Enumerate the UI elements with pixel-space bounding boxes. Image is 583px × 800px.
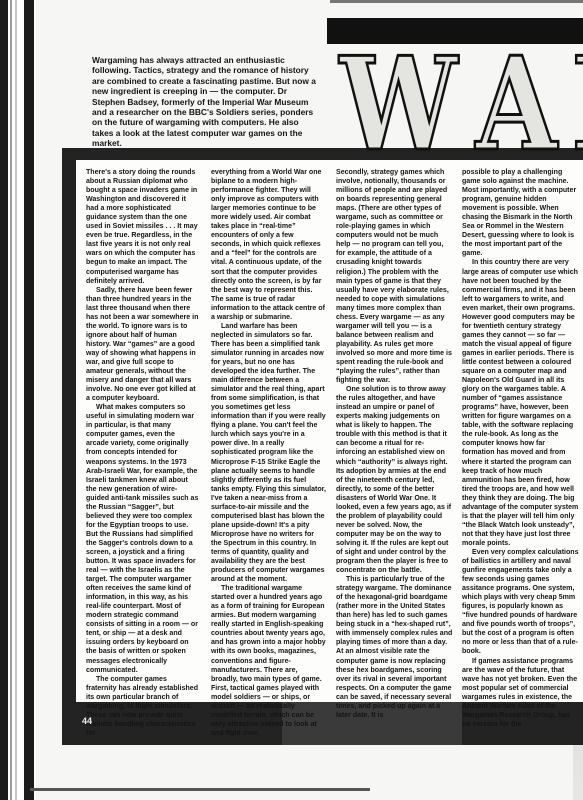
paragraph: Even very complex calculations of ballis… [462,548,579,657]
page-number: 44 [82,716,92,726]
article-title-war: W A R [327,40,583,165]
paragraph: If games assistance programs are the wav… [462,657,579,729]
article-column-2: everything from a World War one biplane … [211,168,326,738]
paragraph: The computer games fraternity has alread… [86,675,199,738]
paragraph: Land warfare has been neglected in simul… [211,322,326,584]
page-binding-edge [0,0,36,800]
paragraph: What makes computers so useful in simula… [86,403,199,674]
title-letter-w: W [340,45,455,165]
page-top-edge [330,0,583,3]
paragraph: everything from a World War one biplane … [211,168,326,322]
binding-line [0,0,8,800]
title-letter-r: R [571,45,583,165]
article-column-1: There's a story doing the rounds about a… [86,168,199,738]
page-bottom-edge [30,788,370,791]
paragraph: Secondly, strategy games which involve, … [336,168,453,385]
paragraph: One solution is to throw away the rules … [336,385,453,575]
paragraph: There's a story doing the rounds about a… [86,168,199,286]
paragraph: In this country there are very large are… [462,258,579,548]
paragraph: Sadly, there have been fewer than three … [86,286,199,404]
binding-line [15,0,17,800]
title-letter-a: A [475,45,553,165]
paragraph: This is particularly true of the strateg… [336,575,453,720]
binding-line [24,0,34,800]
paragraph: possible to play a challenging game solo… [462,168,579,258]
binding-line [10,0,12,800]
article-standfirst: Wargaming has always attracted an enthus… [92,55,317,149]
article-column-4: possible to play a challenging game solo… [462,168,579,729]
article-column-3: Secondly, strategy games which involve, … [336,168,453,720]
paragraph: The traditional wargame started over a h… [211,584,326,738]
